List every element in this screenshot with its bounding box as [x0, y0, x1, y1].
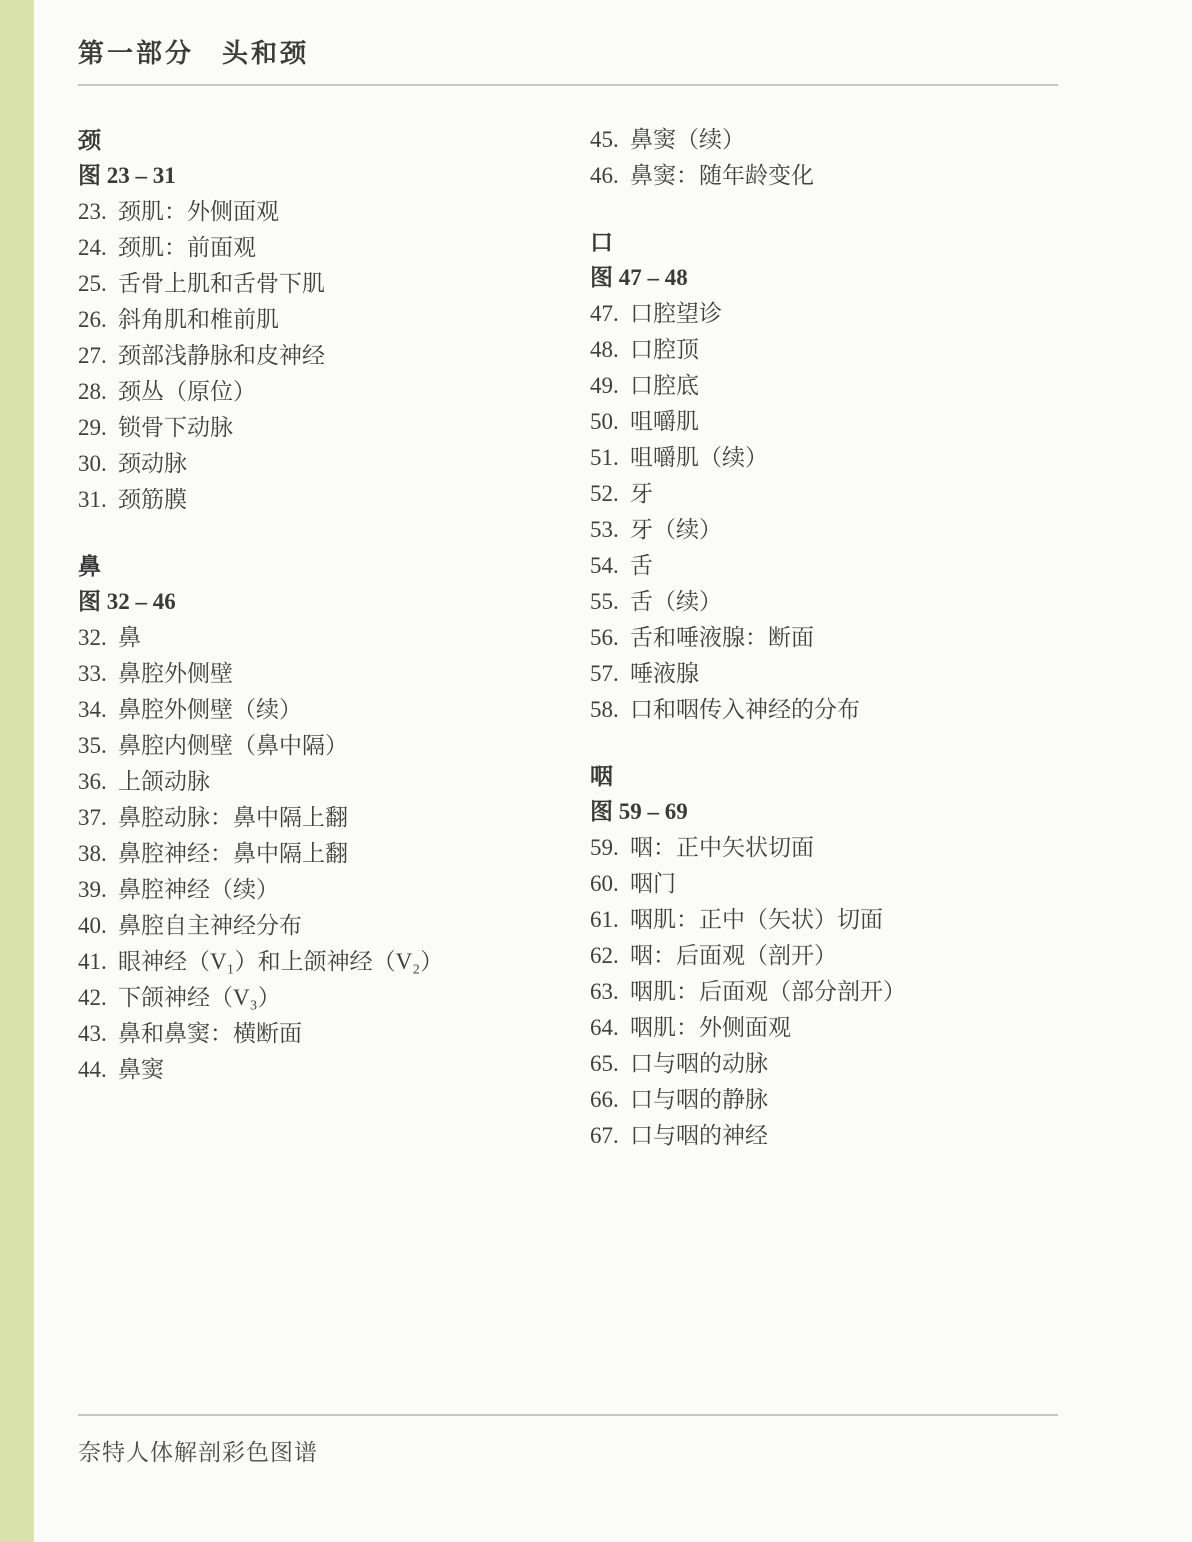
footer-rule — [78, 1414, 1058, 1416]
toc-item: 23.颈肌：外侧面观 — [78, 194, 568, 230]
toc-item-number: 52. — [590, 476, 630, 512]
toc-item-number: 28. — [78, 374, 118, 410]
toc-item: 43.鼻和鼻窦：横断面 — [78, 1016, 568, 1052]
toc-item: 33.鼻腔外侧壁 — [78, 656, 568, 692]
toc-item-title: 舌 — [630, 548, 1090, 584]
toc-item-title: 口和咽传入神经的分布 — [630, 692, 1090, 728]
toc-item-number: 53. — [590, 512, 630, 548]
toc-item: 24.颈肌：前面观 — [78, 230, 568, 266]
toc-item: 26.斜角肌和椎前肌 — [78, 302, 568, 338]
toc-item-number: 41. — [78, 944, 118, 980]
toc-item: 62.咽：后面观（剖开） — [590, 938, 1090, 974]
toc-section: 口图 47 – 4847.口腔望诊48.口腔顶49.口腔底50.咀嚼肌51.咀嚼… — [590, 224, 1090, 728]
toc-item: 29.锁骨下动脉 — [78, 410, 568, 446]
part-heading: 第一部分头和颈 — [78, 38, 1058, 68]
toc-item-title: 牙 — [630, 476, 1090, 512]
toc-item-number: 31. — [78, 482, 118, 518]
toc-item-number: 25. — [78, 266, 118, 302]
toc-item: 57.唾液腺 — [590, 656, 1090, 692]
toc-item-number: 46. — [590, 158, 630, 194]
toc-item: 36.上颌动脉 — [78, 764, 568, 800]
toc-item-number: 54. — [590, 548, 630, 584]
toc-item: 35.鼻腔内侧壁（鼻中隔） — [78, 728, 568, 764]
figure-range-label: 图 32 – 46 — [78, 584, 568, 620]
toc-item: 41.眼神经（V₁）和上颌神经（V₂） — [78, 944, 568, 980]
section-heading: 咽 — [590, 758, 1090, 794]
toc-item: 50.咀嚼肌 — [590, 404, 1090, 440]
toc-item-title: 鼻和鼻窦：横断面 — [118, 1016, 568, 1052]
toc-item-number: 60. — [590, 866, 630, 902]
toc-item-number: 51. — [590, 440, 630, 476]
toc-item: 58.口和咽传入神经的分布 — [590, 692, 1090, 728]
toc-item: 53.牙（续） — [590, 512, 1090, 548]
toc-item-title: 牙（续） — [630, 512, 1090, 548]
figure-range-label: 图 47 – 48 — [590, 260, 1090, 296]
toc-item-title: 鼻腔外侧壁（续） — [118, 692, 568, 728]
part-title: 头和颈 — [222, 38, 309, 68]
toc-item-number: 64. — [590, 1010, 630, 1046]
toc-item: 48.口腔顶 — [590, 332, 1090, 368]
toc-item-title: 口腔望诊 — [630, 296, 1090, 332]
section-heading: 口 — [590, 224, 1090, 260]
toc-item: 39.鼻腔神经（续） — [78, 872, 568, 908]
toc-section: 咽图 59 – 6959.咽：正中矢状切面60.咽门61.咽肌：正中（矢状）切面… — [590, 758, 1090, 1154]
toc-item-title: 锁骨下动脉 — [118, 410, 568, 446]
toc-item-number: 38. — [78, 836, 118, 872]
toc-item-number: 59. — [590, 830, 630, 866]
toc-item: 56.舌和唾液腺：断面 — [590, 620, 1090, 656]
toc-item: 65.口与咽的动脉 — [590, 1046, 1090, 1082]
toc-item-number: 29. — [78, 410, 118, 446]
toc-item-title: 口腔底 — [630, 368, 1090, 404]
toc-item-title: 口与咽的动脉 — [630, 1046, 1090, 1082]
toc-item-title: 斜角肌和椎前肌 — [118, 302, 568, 338]
toc-item-number: 39. — [78, 872, 118, 908]
toc-item-title: 唾液腺 — [630, 656, 1090, 692]
toc-item-title: 口与咽的神经 — [630, 1118, 1090, 1154]
toc-item: 55.舌（续） — [590, 584, 1090, 620]
figure-range-label: 图 23 – 31 — [78, 158, 568, 194]
toc-item: 44.鼻窦 — [78, 1052, 568, 1088]
toc-item-title: 颈筋膜 — [118, 482, 568, 518]
toc-item-title: 颈部浅静脉和皮神经 — [118, 338, 568, 374]
toc-item-number: 27. — [78, 338, 118, 374]
page-header: 第一部分头和颈 — [78, 38, 1058, 86]
toc-item-title: 鼻腔自主神经分布 — [118, 908, 568, 944]
toc-item-number: 40. — [78, 908, 118, 944]
toc-item: 37.鼻腔动脉：鼻中隔上翻 — [78, 800, 568, 836]
toc-item-number: 62. — [590, 938, 630, 974]
toc-item-number: 61. — [590, 902, 630, 938]
toc-item: 27.颈部浅静脉和皮神经 — [78, 338, 568, 374]
toc-item-title: 舌（续） — [630, 584, 1090, 620]
part-label: 第一部分 — [78, 38, 194, 68]
toc-item-title: 下颌神经（V₃） — [118, 980, 568, 1016]
section-heading: 鼻 — [78, 548, 568, 584]
toc-item-title: 鼻窦：随年龄变化 — [630, 158, 1090, 194]
toc-item-title: 鼻窦 — [118, 1052, 568, 1088]
toc-item-number: 24. — [78, 230, 118, 266]
header-rule — [78, 84, 1058, 86]
toc-item: 31.颈筋膜 — [78, 482, 568, 518]
toc-item-title: 颈肌：外侧面观 — [118, 194, 568, 230]
toc-item-number: 67. — [590, 1118, 630, 1154]
toc-item-number: 23. — [78, 194, 118, 230]
toc-section: 45.鼻窦（续）46.鼻窦：随年龄变化 — [590, 122, 1090, 194]
toc-item-number: 48. — [590, 332, 630, 368]
toc-item-title: 舌骨上肌和舌骨下肌 — [118, 266, 568, 302]
toc-item-number: 34. — [78, 692, 118, 728]
toc-item-number: 37. — [78, 800, 118, 836]
toc-item-number: 49. — [590, 368, 630, 404]
toc-item: 61.咽肌：正中（矢状）切面 — [590, 902, 1090, 938]
toc-item-number: 32. — [78, 620, 118, 656]
toc-item-title: 鼻腔内侧壁（鼻中隔） — [118, 728, 568, 764]
figure-range-label: 图 59 – 69 — [590, 794, 1090, 830]
toc-item-number: 66. — [590, 1082, 630, 1118]
toc-item-number: 36. — [78, 764, 118, 800]
page-edge-strip — [0, 0, 34, 1542]
toc-item-title: 颈肌：前面观 — [118, 230, 568, 266]
toc-item-title: 鼻腔动脉：鼻中隔上翻 — [118, 800, 568, 836]
toc-item-number: 50. — [590, 404, 630, 440]
toc-item: 49.口腔底 — [590, 368, 1090, 404]
toc-item-number: 45. — [590, 122, 630, 158]
toc-item: 46.鼻窦：随年龄变化 — [590, 158, 1090, 194]
toc-column-left: 颈图 23 – 3123.颈肌：外侧面观24.颈肌：前面观25.舌骨上肌和舌骨下… — [78, 122, 568, 1088]
toc-item: 34.鼻腔外侧壁（续） — [78, 692, 568, 728]
toc-item-title: 眼神经（V₁）和上颌神经（V₂） — [118, 944, 568, 980]
toc-item: 25.舌骨上肌和舌骨下肌 — [78, 266, 568, 302]
toc-item-title: 鼻窦（续） — [630, 122, 1090, 158]
toc-item-title: 咽门 — [630, 866, 1090, 902]
toc-item-number: 55. — [590, 584, 630, 620]
toc-item: 47.口腔望诊 — [590, 296, 1090, 332]
toc-item-number: 57. — [590, 656, 630, 692]
toc-item: 40.鼻腔自主神经分布 — [78, 908, 568, 944]
toc-item-number: 42. — [78, 980, 118, 1016]
section-heading: 颈 — [78, 122, 568, 158]
toc-item-title: 口与咽的静脉 — [630, 1082, 1090, 1118]
toc-item: 54.舌 — [590, 548, 1090, 584]
toc-item-number: 65. — [590, 1046, 630, 1082]
toc-item-title: 鼻腔外侧壁 — [118, 656, 568, 692]
toc-item: 59.咽：正中矢状切面 — [590, 830, 1090, 866]
toc-section: 鼻图 32 – 4632.鼻33.鼻腔外侧壁34.鼻腔外侧壁（续）35.鼻腔内侧… — [78, 548, 568, 1088]
toc-item: 60.咽门 — [590, 866, 1090, 902]
toc-item: 28.颈丛（原位） — [78, 374, 568, 410]
toc-item-title: 咽肌：正中（矢状）切面 — [630, 902, 1090, 938]
toc-item: 52.牙 — [590, 476, 1090, 512]
toc-item-number: 44. — [78, 1052, 118, 1088]
toc-item-number: 56. — [590, 620, 630, 656]
toc-item-title: 咽肌：外侧面观 — [630, 1010, 1090, 1046]
toc-item: 42.下颌神经（V₃） — [78, 980, 568, 1016]
toc-item-title: 咽肌：后面观（部分剖开） — [630, 974, 1090, 1010]
toc-item-title: 咀嚼肌 — [630, 404, 1090, 440]
book-title: 奈特人体解剖彩色图谱 — [78, 1438, 1058, 1466]
toc-item: 66.口与咽的静脉 — [590, 1082, 1090, 1118]
toc-item-title: 鼻腔神经：鼻中隔上翻 — [118, 836, 568, 872]
toc-item-title: 咀嚼肌（续） — [630, 440, 1090, 476]
toc-item-number: 26. — [78, 302, 118, 338]
toc-item: 32.鼻 — [78, 620, 568, 656]
toc-item: 38.鼻腔神经：鼻中隔上翻 — [78, 836, 568, 872]
toc-item-title: 鼻 — [118, 620, 568, 656]
toc-item-number: 33. — [78, 656, 118, 692]
toc-item: 30.颈动脉 — [78, 446, 568, 482]
toc-item-title: 颈动脉 — [118, 446, 568, 482]
toc-item: 45.鼻窦（续） — [590, 122, 1090, 158]
toc-item-number: 63. — [590, 974, 630, 1010]
toc-item-title: 口腔顶 — [630, 332, 1090, 368]
toc-item-title: 舌和唾液腺：断面 — [630, 620, 1090, 656]
toc-item-title: 颈丛（原位） — [118, 374, 568, 410]
toc-item: 51.咀嚼肌（续） — [590, 440, 1090, 476]
toc-item: 64.咽肌：外侧面观 — [590, 1010, 1090, 1046]
toc-item-number: 58. — [590, 692, 630, 728]
toc-column-right: 45.鼻窦（续）46.鼻窦：随年龄变化口图 47 – 4847.口腔望诊48.口… — [590, 122, 1090, 1154]
toc-item-number: 30. — [78, 446, 118, 482]
page-footer: 奈特人体解剖彩色图谱 — [78, 1414, 1058, 1466]
toc-item-title: 咽：正中矢状切面 — [630, 830, 1090, 866]
toc-item: 67.口与咽的神经 — [590, 1118, 1090, 1154]
toc-item-number: 35. — [78, 728, 118, 764]
toc-section: 颈图 23 – 3123.颈肌：外侧面观24.颈肌：前面观25.舌骨上肌和舌骨下… — [78, 122, 568, 518]
toc-item-title: 咽：后面观（剖开） — [630, 938, 1090, 974]
toc-item-title: 鼻腔神经（续） — [118, 872, 568, 908]
toc-item-number: 47. — [590, 296, 630, 332]
toc-item-title: 上颌动脉 — [118, 764, 568, 800]
toc-item-number: 43. — [78, 1016, 118, 1052]
toc-item: 63.咽肌：后面观（部分剖开） — [590, 974, 1090, 1010]
